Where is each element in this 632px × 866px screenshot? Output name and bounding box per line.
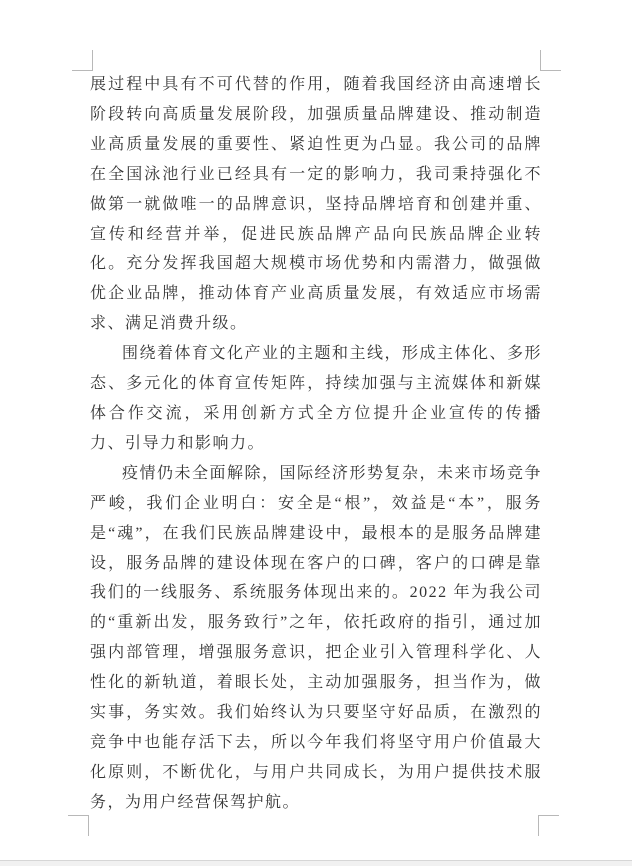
crop-mark-bottom-left [68, 815, 89, 836]
page-bottom-gap [0, 861, 632, 866]
paragraph: 围绕着体育文化产业的主题和主线，形成主体化、多形态、多元化的体育宣传矩阵，持续加… [90, 339, 542, 459]
document-text-area: 展过程中具有不可代替的作用，随着我国经济由高速增长阶段转向高质量发展阶段，加强质… [90, 70, 542, 818]
crop-mark-top-left [72, 50, 93, 71]
paragraph: 展过程中具有不可代替的作用，随着我国经济由高速增长阶段转向高质量发展阶段，加强质… [90, 70, 542, 339]
crop-mark-bottom-right [538, 815, 559, 836]
paragraph: 疫情仍未全面解除，国际经济形势复杂，未来市场竞争严峻，我们企业明白：安全是“根”… [90, 459, 542, 818]
document-page: 展过程中具有不可代替的作用，随着我国经济由高速增长阶段转向高质量发展阶段，加强质… [0, 0, 632, 861]
crop-mark-top-right [540, 50, 561, 71]
document-viewport: 展过程中具有不可代替的作用，随着我国经济由高速增长阶段转向高质量发展阶段，加强质… [0, 0, 632, 866]
